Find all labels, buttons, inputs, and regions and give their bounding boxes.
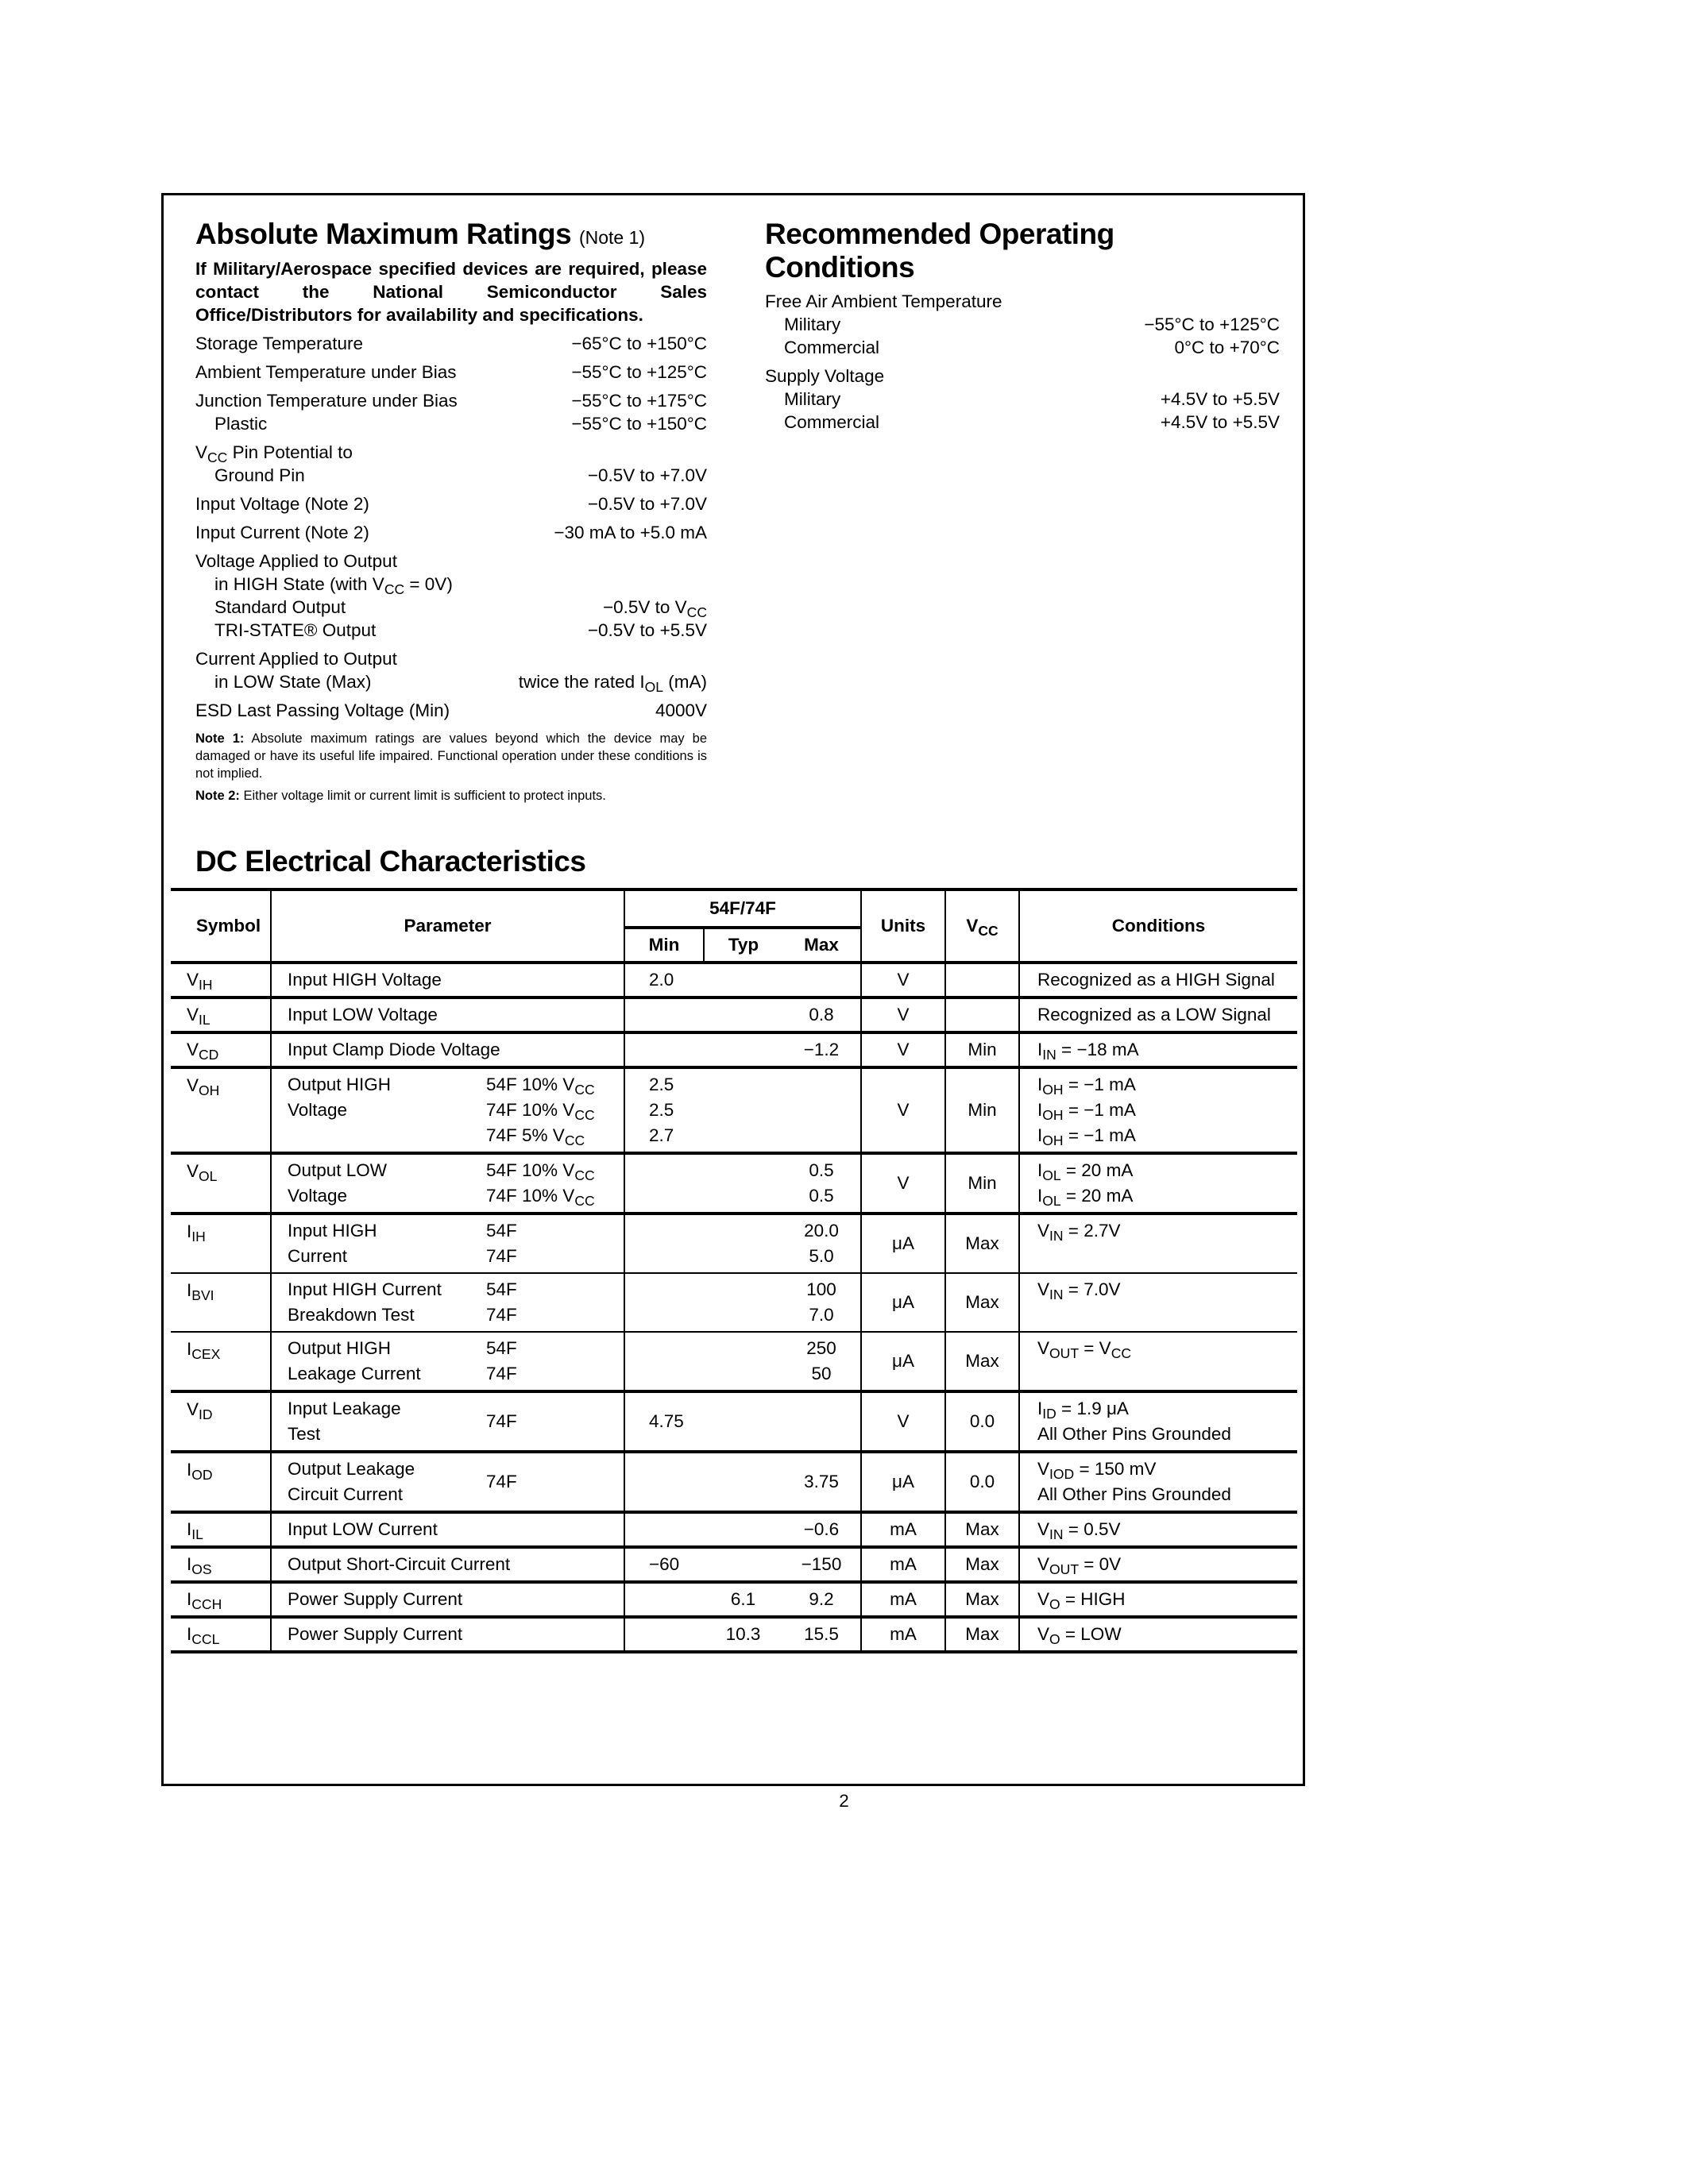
cell-typ bbox=[704, 1547, 782, 1582]
table-row: IBVIInput HIGH CurrentBreakdown Test54F7… bbox=[171, 1273, 1297, 1332]
cell-vcc bbox=[945, 997, 1019, 1032]
cell-typ bbox=[704, 997, 782, 1032]
cell-max: 3.75 bbox=[782, 1452, 861, 1512]
cell-units: mA bbox=[861, 1582, 945, 1617]
cell-min bbox=[624, 1582, 704, 1617]
cell-typ bbox=[704, 1332, 782, 1391]
cell-symbol: IBVI bbox=[171, 1273, 271, 1332]
cell-vcc: Max bbox=[945, 1582, 1019, 1617]
cell-units: μA bbox=[861, 1452, 945, 1512]
cell-conditions: VIOD = 150 mVAll Other Pins Grounded bbox=[1019, 1452, 1297, 1512]
cell-symbol: VID bbox=[171, 1391, 271, 1452]
table-row: ICCLPower Supply Current10.315.5mAMaxVO … bbox=[171, 1617, 1297, 1652]
cell-units: V bbox=[861, 1032, 945, 1067]
rating-junction-temperature: Junction Temperature under Bias −55°C to… bbox=[195, 389, 707, 435]
cell-conditions: Recognized as a HIGH Signal bbox=[1019, 963, 1297, 997]
cell-vcc: Max bbox=[945, 1512, 1019, 1547]
cell-units: V bbox=[861, 997, 945, 1032]
cell-min: 2.0 bbox=[624, 963, 704, 997]
header-vcc: VCC bbox=[945, 889, 1019, 963]
cell-parameter: Output LOWVoltage54F 10% VCC74F 10% VCC bbox=[271, 1153, 624, 1214]
cell-min bbox=[624, 1332, 704, 1391]
header-units: Units bbox=[861, 889, 945, 963]
absolute-maximum-ratings-title: Absolute Maximum Ratings (Note 1) bbox=[195, 218, 707, 254]
cell-typ bbox=[704, 1067, 782, 1153]
note-1: Note 1: Absolute maximum ratings are val… bbox=[195, 730, 707, 782]
rating-input-voltage: Input Voltage (Note 2) −0.5V to +7.0V bbox=[195, 492, 707, 515]
rating-esd: ESD Last Passing Voltage (Min) 4000V bbox=[195, 699, 707, 722]
cell-units: V bbox=[861, 1153, 945, 1214]
table-row: IOSOutput Short-Circuit Current−60−150mA… bbox=[171, 1547, 1297, 1582]
cell-min: 2.52.52.7 bbox=[624, 1067, 704, 1153]
cell-parameter: Input Clamp Diode Voltage bbox=[271, 1032, 624, 1067]
cell-conditions: Recognized as a LOW Signal bbox=[1019, 997, 1297, 1032]
cell-min bbox=[624, 1153, 704, 1214]
cell-units: V bbox=[861, 963, 945, 997]
cell-max: −1.2 bbox=[782, 1032, 861, 1067]
cell-conditions: VIN = 0.5V bbox=[1019, 1512, 1297, 1547]
cell-parameter: Input LeakageTest74F bbox=[271, 1391, 624, 1452]
cell-max: 25050 bbox=[782, 1332, 861, 1391]
table-row: VOHOutput HIGHVoltage54F 10% VCC74F 10% … bbox=[171, 1067, 1297, 1153]
cell-max: −150 bbox=[782, 1547, 861, 1582]
header-conditions: Conditions bbox=[1019, 889, 1297, 963]
header-min: Min bbox=[624, 928, 704, 963]
header-parameter: Parameter bbox=[271, 889, 624, 963]
cell-conditions: IOL = 20 mAIOL = 20 mA bbox=[1019, 1153, 1297, 1214]
cell-min: 4.75 bbox=[624, 1391, 704, 1452]
cell-conditions: IIN = −18 mA bbox=[1019, 1032, 1297, 1067]
cell-units: mA bbox=[861, 1547, 945, 1582]
cell-symbol: VIL bbox=[171, 997, 271, 1032]
free-air-temperature: Free Air Ambient Temperature Military −5… bbox=[765, 290, 1280, 359]
cell-symbol: VCD bbox=[171, 1032, 271, 1067]
cell-typ: 6.1 bbox=[704, 1582, 782, 1617]
cell-conditions: VIN = 2.7V bbox=[1019, 1214, 1297, 1273]
cell-max: 1007.0 bbox=[782, 1273, 861, 1332]
cell-parameter: Output LeakageCircuit Current74F bbox=[271, 1452, 624, 1512]
absolute-maximum-ratings-section: Absolute Maximum Ratings (Note 1) If Mil… bbox=[195, 195, 707, 809]
cell-vcc: Min bbox=[945, 1067, 1019, 1153]
header-max: Max bbox=[782, 928, 861, 963]
rating-voltage-applied-to-output: Voltage Applied to Output in HIGH State … bbox=[195, 550, 707, 642]
cell-typ bbox=[704, 1273, 782, 1332]
cell-max: 0.8 bbox=[782, 997, 861, 1032]
cell-vcc: Min bbox=[945, 1153, 1019, 1214]
header-symbol: Symbol bbox=[171, 889, 271, 963]
cell-parameter: Power Supply Current bbox=[271, 1617, 624, 1652]
cell-units: μA bbox=[861, 1332, 945, 1391]
table-row: VILInput LOW Voltage0.8VRecognized as a … bbox=[171, 997, 1297, 1032]
cell-conditions: VO = HIGH bbox=[1019, 1582, 1297, 1617]
cell-symbol: ICCH bbox=[171, 1582, 271, 1617]
recommended-operating-conditions-section: Recommended OperatingConditions Free Air… bbox=[765, 195, 1280, 434]
rating-storage-temperature: Storage Temperature −65°C to +150°C bbox=[195, 332, 707, 355]
cell-conditions: VOUT = VCC bbox=[1019, 1332, 1297, 1391]
cell-units: V bbox=[861, 1067, 945, 1153]
military-warning: If Military/Aerospace specified devices … bbox=[195, 257, 707, 326]
header-group: 54F/74F bbox=[624, 889, 861, 928]
cell-vcc: Max bbox=[945, 1547, 1019, 1582]
cell-vcc: Max bbox=[945, 1273, 1019, 1332]
table-row: IILInput LOW Current−0.6mAMaxVIN = 0.5V bbox=[171, 1512, 1297, 1547]
rating-current-applied-to-output: Current Applied to Output in LOW State (… bbox=[195, 647, 707, 693]
cell-typ bbox=[704, 1214, 782, 1273]
cell-min bbox=[624, 1512, 704, 1547]
table-row: VIHInput HIGH Voltage2.0VRecognized as a… bbox=[171, 963, 1297, 997]
header-typ: Typ bbox=[704, 928, 782, 963]
supply-voltage: Supply Voltage Military +4.5V to +5.5V C… bbox=[765, 365, 1280, 434]
cell-typ bbox=[704, 1512, 782, 1547]
cell-symbol: VOL bbox=[171, 1153, 271, 1214]
cell-max: 0.50.5 bbox=[782, 1153, 861, 1214]
cell-symbol: IOD bbox=[171, 1452, 271, 1512]
cell-max: 9.2 bbox=[782, 1582, 861, 1617]
cell-parameter: Output Short-Circuit Current bbox=[271, 1547, 624, 1582]
cell-conditions: IOH = −1 mAIOH = −1 mAIOH = −1 mA bbox=[1019, 1067, 1297, 1153]
dc-characteristics-table: Symbol Parameter 54F/74F Units VCC Condi… bbox=[171, 888, 1297, 1653]
cell-parameter: Output HIGHVoltage54F 10% VCC74F 10% VCC… bbox=[271, 1067, 624, 1153]
cell-max bbox=[782, 1391, 861, 1452]
cell-min bbox=[624, 1032, 704, 1067]
page-number: 2 bbox=[0, 1791, 1688, 1812]
cell-units: mA bbox=[861, 1617, 945, 1652]
page-frame: Absolute Maximum Ratings (Note 1) If Mil… bbox=[161, 193, 1305, 1786]
cell-max bbox=[782, 1067, 861, 1153]
cell-vcc: 0.0 bbox=[945, 1391, 1019, 1452]
dc-characteristics-title: DC Electrical Characteristics bbox=[195, 845, 585, 878]
cell-conditions: IID = 1.9 μAAll Other Pins Grounded bbox=[1019, 1391, 1297, 1452]
cell-symbol: ICCL bbox=[171, 1617, 271, 1652]
cell-max: 15.5 bbox=[782, 1617, 861, 1652]
title-note: (Note 1) bbox=[579, 227, 645, 248]
table-row: VCDInput Clamp Diode Voltage−1.2VMinIIN … bbox=[171, 1032, 1297, 1067]
cell-min bbox=[624, 997, 704, 1032]
cell-min bbox=[624, 1214, 704, 1273]
cell-vcc: Max bbox=[945, 1332, 1019, 1391]
cell-typ: 10.3 bbox=[704, 1617, 782, 1652]
cell-max bbox=[782, 963, 861, 997]
cell-vcc: Min bbox=[945, 1032, 1019, 1067]
rating-ambient-temperature: Ambient Temperature under Bias −55°C to … bbox=[195, 361, 707, 384]
cell-symbol: VOH bbox=[171, 1067, 271, 1153]
cell-vcc: 0.0 bbox=[945, 1452, 1019, 1512]
cell-parameter: Input HIGH Voltage bbox=[271, 963, 624, 997]
cell-units: μA bbox=[861, 1214, 945, 1273]
table-row: ICEXOutput HIGHLeakage Current54F74F2505… bbox=[171, 1332, 1297, 1391]
cell-min bbox=[624, 1273, 704, 1332]
cell-parameter: Power Supply Current bbox=[271, 1582, 624, 1617]
cell-parameter: Output HIGHLeakage Current54F74F bbox=[271, 1332, 624, 1391]
cell-typ bbox=[704, 1452, 782, 1512]
cell-units: μA bbox=[861, 1273, 945, 1332]
rating-input-current: Input Current (Note 2) −30 mA to +5.0 mA bbox=[195, 521, 707, 544]
table-row: ICCHPower Supply Current6.19.2mAMaxVO = … bbox=[171, 1582, 1297, 1617]
cell-typ bbox=[704, 1153, 782, 1214]
table-row: VOLOutput LOWVoltage54F 10% VCC74F 10% V… bbox=[171, 1153, 1297, 1214]
note-2: Note 2: Either voltage limit or current … bbox=[195, 787, 707, 805]
cell-typ bbox=[704, 1391, 782, 1452]
cell-parameter: Input LOW Current bbox=[271, 1512, 624, 1547]
cell-max: 20.05.0 bbox=[782, 1214, 861, 1273]
recommended-operating-conditions-title: Recommended OperatingConditions bbox=[765, 218, 1280, 284]
cell-conditions: VIN = 7.0V bbox=[1019, 1273, 1297, 1332]
rating-vcc-pin-potential: VCC Pin Potential to Ground Pin −0.5V to… bbox=[195, 441, 707, 487]
cell-symbol: IIH bbox=[171, 1214, 271, 1273]
cell-units: mA bbox=[861, 1512, 945, 1547]
cell-conditions: VO = LOW bbox=[1019, 1617, 1297, 1652]
cell-vcc: Max bbox=[945, 1617, 1019, 1652]
cell-min: −60 bbox=[624, 1547, 704, 1582]
cell-symbol: ICEX bbox=[171, 1332, 271, 1391]
cell-min bbox=[624, 1617, 704, 1652]
cell-max: −0.6 bbox=[782, 1512, 861, 1547]
cell-symbol: IIL bbox=[171, 1512, 271, 1547]
cell-vcc bbox=[945, 963, 1019, 997]
notes: Note 1: Absolute maximum ratings are val… bbox=[195, 730, 707, 805]
cell-typ bbox=[704, 963, 782, 997]
table-row: IIHInput HIGHCurrent54F74F20.05.0μAMaxVI… bbox=[171, 1214, 1297, 1273]
cell-typ bbox=[704, 1032, 782, 1067]
cell-units: V bbox=[861, 1391, 945, 1452]
table-row: IODOutput LeakageCircuit Current74F3.75μ… bbox=[171, 1452, 1297, 1512]
cell-vcc: Max bbox=[945, 1214, 1019, 1273]
cell-parameter: Input HIGHCurrent54F74F bbox=[271, 1214, 624, 1273]
table-row: VIDInput LeakageTest74F4.75V0.0IID = 1.9… bbox=[171, 1391, 1297, 1452]
cell-symbol: VIH bbox=[171, 963, 271, 997]
cell-min bbox=[624, 1452, 704, 1512]
cell-parameter: Input LOW Voltage bbox=[271, 997, 624, 1032]
cell-symbol: IOS bbox=[171, 1547, 271, 1582]
cell-parameter: Input HIGH CurrentBreakdown Test54F74F bbox=[271, 1273, 624, 1332]
cell-conditions: VOUT = 0V bbox=[1019, 1547, 1297, 1582]
